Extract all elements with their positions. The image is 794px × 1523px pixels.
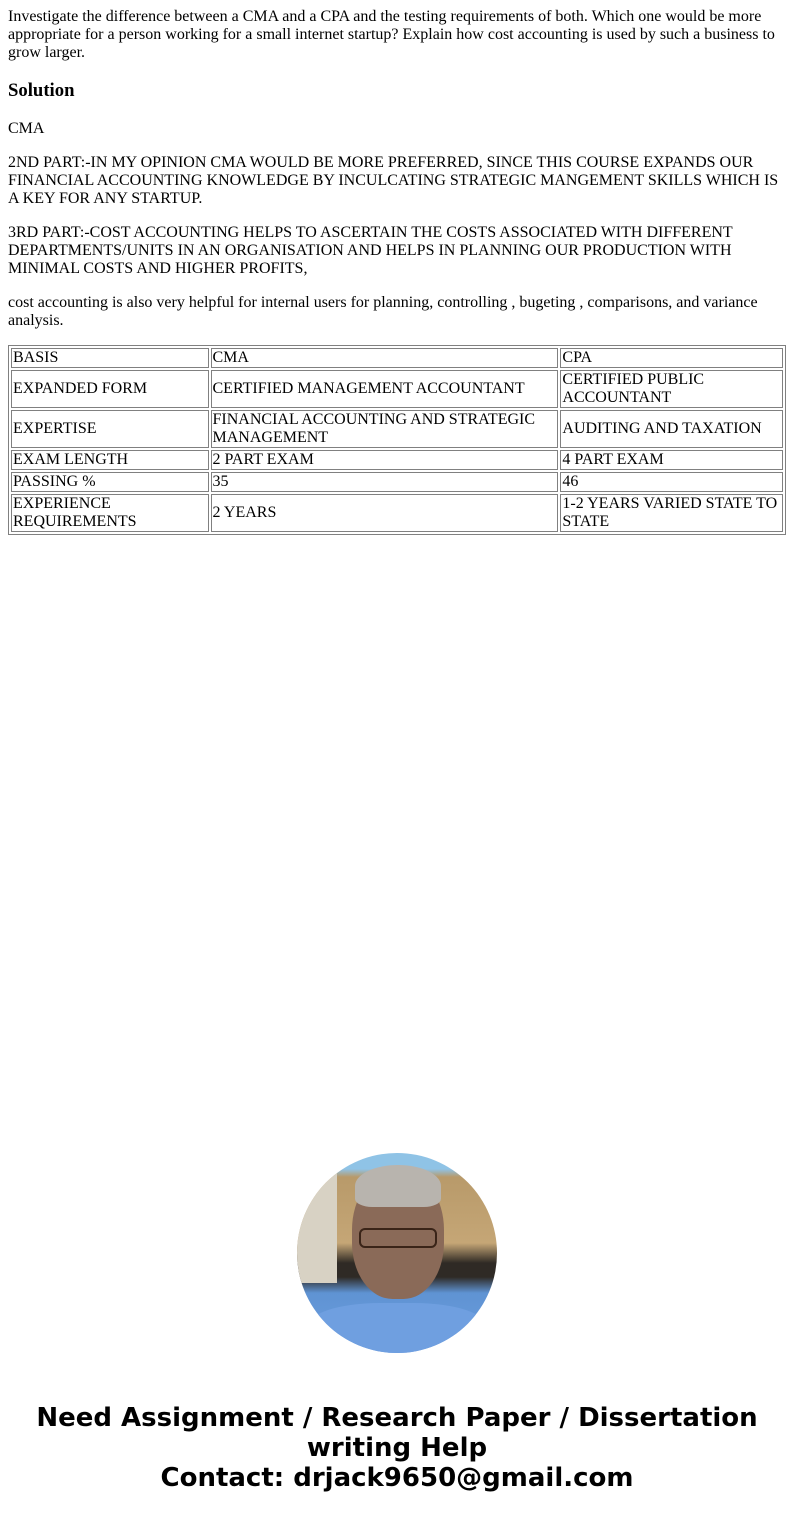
avatar-shirt xyxy=(307,1303,487,1353)
avatar-wall-panel xyxy=(297,1173,337,1283)
solution-answer-part2: 2ND PART:-IN MY OPINION CMA WOULD BE MOR… xyxy=(8,154,786,208)
tutor-avatar xyxy=(297,1153,497,1353)
table-cell: 4 PART EXAM xyxy=(560,450,783,470)
table-cell: EXPERTISE xyxy=(11,410,209,448)
solution-answer-part3: 3RD PART:-COST ACCOUNTING HELPS TO ASCER… xyxy=(8,224,786,278)
solution-answer-part1: CMA xyxy=(8,120,786,138)
table-cell: BASIS xyxy=(11,348,209,368)
table-cell: FINANCIAL ACCOUNTING AND STRATEGIC MANAG… xyxy=(211,410,559,448)
cma-vs-cpa-table: BASISCMACPAEXPANDED FORMCERTIFIED MANAGE… xyxy=(8,345,786,535)
table-cell: 2 YEARS xyxy=(211,494,559,532)
table-cell: CERTIFIED MANAGEMENT ACCOUNTANT xyxy=(211,370,559,408)
table-cell: CERTIFIED PUBLIC ACCOUNTANT xyxy=(560,370,783,408)
table-cell: CMA xyxy=(211,348,559,368)
question-text: Investigate the difference between a CMA… xyxy=(8,8,786,62)
avatar-hair xyxy=(355,1165,441,1207)
table-row: EXPANDED FORMCERTIFIED MANAGEMENT ACCOUN… xyxy=(11,370,783,408)
promo-line-1: Need Assignment / Research Paper / Disse… xyxy=(0,1403,794,1433)
table-cell: PASSING % xyxy=(11,472,209,492)
table-cell: 35 xyxy=(211,472,559,492)
table-row: PASSING %3546 xyxy=(11,472,783,492)
table-header-row: BASISCMACPA xyxy=(11,348,783,368)
table-row: EXAM LENGTH2 PART EXAM4 PART EXAM xyxy=(11,450,783,470)
table-cell: 1-2 YEARS VARIED STATE TO STATE xyxy=(560,494,783,532)
table-cell: CPA xyxy=(560,348,783,368)
promo-contact: Contact: drjack9650@gmail.com xyxy=(0,1463,794,1493)
table-row: EXPERTISEFINANCIAL ACCOUNTING AND STRATE… xyxy=(11,410,783,448)
table-cell: AUDITING AND TAXATION xyxy=(560,410,783,448)
promo-banner: Need Assignment / Research Paper / Disse… xyxy=(0,1403,794,1493)
table-row: EXPERIENCE REQUIREMENTS2 YEARS1-2 YEARS … xyxy=(11,494,783,532)
table-cell: 2 PART EXAM xyxy=(211,450,559,470)
table-cell: EXPANDED FORM xyxy=(11,370,209,408)
table-cell: EXAM LENGTH xyxy=(11,450,209,470)
glasses-icon xyxy=(359,1228,437,1248)
table-cell: 46 xyxy=(560,472,783,492)
solution-answer-note: cost accounting is also very helpful for… xyxy=(8,294,786,330)
page-content: Investigate the difference between a CMA… xyxy=(0,0,794,535)
table-cell: EXPERIENCE REQUIREMENTS xyxy=(11,494,209,532)
promo-line-2: writing Help xyxy=(0,1433,794,1463)
solution-heading: Solution xyxy=(8,80,786,102)
